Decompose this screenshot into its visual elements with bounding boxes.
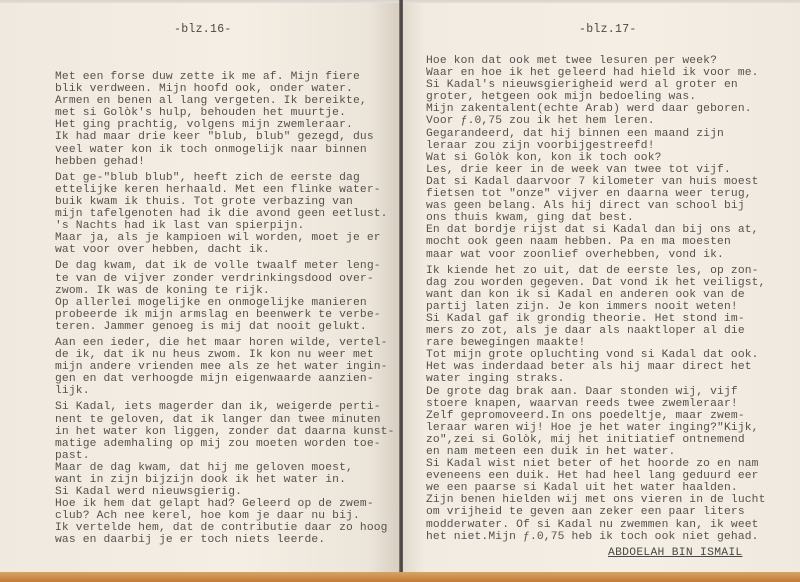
text-line: Armen en benen al lang vergeten. Ik bere… bbox=[55, 95, 395, 107]
text-line: zo",zei si Golòk, mij het initiatief ont… bbox=[426, 434, 766, 446]
text-line: wat voor over hebben, dacht ik. bbox=[55, 244, 395, 256]
text-line: Waar en hoe ik het geleerd had hield ik … bbox=[426, 67, 766, 79]
text-line: Op allerlei mogelijke en onmogelijke man… bbox=[55, 297, 395, 309]
text-line: Wat si Golòk kon, kon ik toch ook? bbox=[426, 152, 766, 164]
right-page-text: Hoe kon dat ook met twee lesuren per wee… bbox=[426, 55, 766, 547]
text-line: te van de vijver zonder verdrinkingsdood… bbox=[55, 273, 395, 285]
text-line: Si Kadal's nieuwsgierigheid werd al grot… bbox=[426, 79, 766, 91]
text-line: Hoe ik hem dat gelapt had? Geleerd op de… bbox=[55, 498, 395, 510]
table-surface bbox=[0, 572, 800, 582]
text-line: Mijn zakentalent(echte Arab) werd daar g… bbox=[426, 103, 766, 115]
text-line: ons thuis kwam, ging dat best. bbox=[426, 212, 766, 224]
text-line: En dat bordje rijst dat si Kadal dan bij… bbox=[426, 224, 766, 236]
text-line: groter, hetgeen ook mijn bedoeling was. bbox=[426, 91, 766, 103]
text-line: Aan een ieder, die het maar horen wilde,… bbox=[55, 337, 395, 349]
text-line: past. bbox=[55, 450, 395, 462]
author-signature: ABDOELAH BIN ISMAIL bbox=[608, 547, 743, 559]
paragraph: De dag kwam, dat ik de volle twaalf mete… bbox=[55, 260, 395, 333]
text-line: om vrijheid te geven aan zeker een paar … bbox=[426, 506, 766, 518]
text-line: Het ging prachtig, volgens mijn zwemlera… bbox=[55, 119, 395, 131]
text-line: maar wat voor zoonlief overhebben, vond … bbox=[426, 249, 766, 261]
text-line: het niet.Mijn ƒ.0,75 heb ik toch ook nie… bbox=[426, 531, 766, 543]
text-line: modderwater. Of si Kadal nu zwemmen kan,… bbox=[426, 519, 766, 531]
text-line: zwom. Ik was de koning te rijk. bbox=[55, 285, 395, 297]
text-line: we een paarse si Kadal uit het water haa… bbox=[426, 482, 766, 494]
text-line: hebben gehad! bbox=[55, 156, 395, 168]
text-line: Tot mijn grote opluchting vond si Kadal … bbox=[426, 349, 766, 361]
text-line: Ik had maar drie keer "blub, blub" gezeg… bbox=[55, 131, 395, 143]
text-line: fietsen tot "onze" vijver en daarna weer… bbox=[426, 188, 766, 200]
text-line: Gegarandeerd, dat hij binnen een maand z… bbox=[426, 128, 766, 140]
right-page: -blz.17- Hoe kon dat ook met twee lesure… bbox=[401, 3, 800, 573]
paragraph: Met een forse duw zette ik me af. Mijn f… bbox=[55, 71, 395, 168]
text-line: Met een forse duw zette ik me af. Mijn f… bbox=[55, 71, 395, 83]
paragraph: Si Kadal, iets magerder dan ik, weigerde… bbox=[55, 401, 395, 546]
text-line: rare bewegingen maakte! bbox=[426, 337, 766, 349]
text-line: nent te geloven, dat ik langer dan twee … bbox=[55, 414, 395, 426]
text-line: Les, drie keer in de week van twee tot v… bbox=[426, 164, 766, 176]
text-line: de ik, dat ik nu heus zwom. Ik kon nu we… bbox=[55, 349, 395, 361]
text-line: Ik vertelde hem, dat de contributie daar… bbox=[55, 522, 395, 534]
text-line: Hoe kon dat ook met twee lesuren per wee… bbox=[426, 55, 766, 67]
book-binding-gutter bbox=[399, 0, 403, 574]
text-line: was en daarbij je er toch niets leerde. bbox=[55, 534, 395, 546]
text-line: Zijn benen hielden wij met ons vieren in… bbox=[426, 494, 766, 506]
text-line: Het was inderdaad beter als hij maar dir… bbox=[426, 361, 766, 373]
text-line: water inging straks. bbox=[426, 373, 766, 385]
text-line: Si Kadal wist niet beter of het hoorde z… bbox=[426, 458, 766, 470]
text-line: lijk. bbox=[55, 385, 395, 397]
text-line: Voor ƒ.0,75 zou ik het hem leren. bbox=[426, 115, 766, 127]
text-line: matige ademhaling op mij zou moeten word… bbox=[55, 438, 395, 450]
text-line: De dag kwam, dat ik de volle twaalf mete… bbox=[55, 260, 395, 272]
text-line: mijn tafelgenoten had ik die avond geen … bbox=[55, 208, 395, 220]
text-line: veel water kon ik toch onmogelijk naar b… bbox=[55, 144, 395, 156]
text-line: teren. Jammer genoeg is mij dat nooit ge… bbox=[55, 321, 395, 333]
text-line: partij laten zijn. Je kon immers nooit w… bbox=[426, 301, 766, 313]
text-line: ettelijke keren herhaald. Met een flinke… bbox=[55, 184, 395, 196]
text-line: dag zou worden gegeven. Dat vond ik het … bbox=[426, 277, 766, 289]
text-line: gen en dat verhoogde mijn eigenwaarde aa… bbox=[55, 373, 395, 385]
paragraph: Hoe kon dat ook met twee lesuren per wee… bbox=[426, 55, 766, 261]
paragraph: Ik kiende het zo uit, dat de eerste les,… bbox=[426, 265, 766, 543]
text-line: De grote dag brak aan. Daar stonden wij,… bbox=[426, 386, 766, 398]
text-line: Ik kiende het zo uit, dat de eerste les,… bbox=[426, 265, 766, 277]
text-line: stoere knapen, waarvan reeds twee zwemle… bbox=[426, 398, 766, 410]
text-line: Maar ja, als je kampioen wil worden, moe… bbox=[55, 232, 395, 244]
text-line: eveneens een duik. Het had heel lang ged… bbox=[426, 470, 766, 482]
text-line: leraar waren wij! Hoe je het water ingin… bbox=[426, 422, 766, 434]
text-line: was geen belang. Als hij direct van scho… bbox=[426, 200, 766, 212]
text-line: 's Nachts had ik last van spierpijn. bbox=[55, 220, 395, 232]
paragraph: Dat ge-"blub blub", heeft zich de eerste… bbox=[55, 172, 395, 257]
text-line: met si Golòk's hulp, behouden het muurtj… bbox=[55, 107, 395, 119]
text-line: probeerde ik mijn armslag en beenwerk te… bbox=[55, 309, 395, 321]
text-line: in het water kon liggen, zonder dat daar… bbox=[55, 426, 395, 438]
text-line: mijn andere vrienden mee als ze het wate… bbox=[55, 361, 395, 373]
text-line: mers zo zot, als je daar als naaktloper … bbox=[426, 325, 766, 337]
page-number-17: -blz.17- bbox=[579, 23, 637, 36]
text-line: mocht ook geen naam hebben. Pa en ma moe… bbox=[426, 236, 766, 248]
text-line: leraar zou zijn voorbijgestreefd! bbox=[426, 140, 766, 152]
text-line: want dan kon ik si Kadal en anderen ook … bbox=[426, 289, 766, 301]
left-page: -blz.16- Met een forse duw zette ik me a… bbox=[0, 3, 401, 573]
paragraph: Aan een ieder, die het maar horen wilde,… bbox=[55, 337, 395, 397]
text-line: Si Kadal, iets magerder dan ik, weigerde… bbox=[55, 401, 395, 413]
text-line: Si Kadal gaf ik grondig theorie. Het sto… bbox=[426, 313, 766, 325]
text-line: en nam meteen een duik in het water. bbox=[426, 446, 766, 458]
page-number-16: -blz.16- bbox=[174, 23, 232, 36]
text-line: Dat ge-"blub blub", heeft zich de eerste… bbox=[55, 172, 395, 184]
text-line: Si Kadal werd nieuwsgierig. bbox=[55, 486, 395, 498]
text-line: blik verdween. Mijn hoofd ook, onder wat… bbox=[55, 83, 395, 95]
text-line: want in zijn bijzijn dook ik het water i… bbox=[55, 474, 395, 486]
text-line: buik kwam ik thuis. Tot grote verbazing … bbox=[55, 196, 395, 208]
left-page-text: Met een forse duw zette ik me af. Mijn f… bbox=[55, 71, 395, 551]
text-line: Zelf gepromoveerd.In ons poedeltje, maar… bbox=[426, 410, 766, 422]
text-line: club? Ach nee kerel, hoe kom je daar nu … bbox=[55, 510, 395, 522]
text-line: Dat si Kadal daarvoor 7 kilometer van hu… bbox=[426, 176, 766, 188]
text-line: Maar de dag kwam, dat hij me geloven moe… bbox=[55, 462, 395, 474]
